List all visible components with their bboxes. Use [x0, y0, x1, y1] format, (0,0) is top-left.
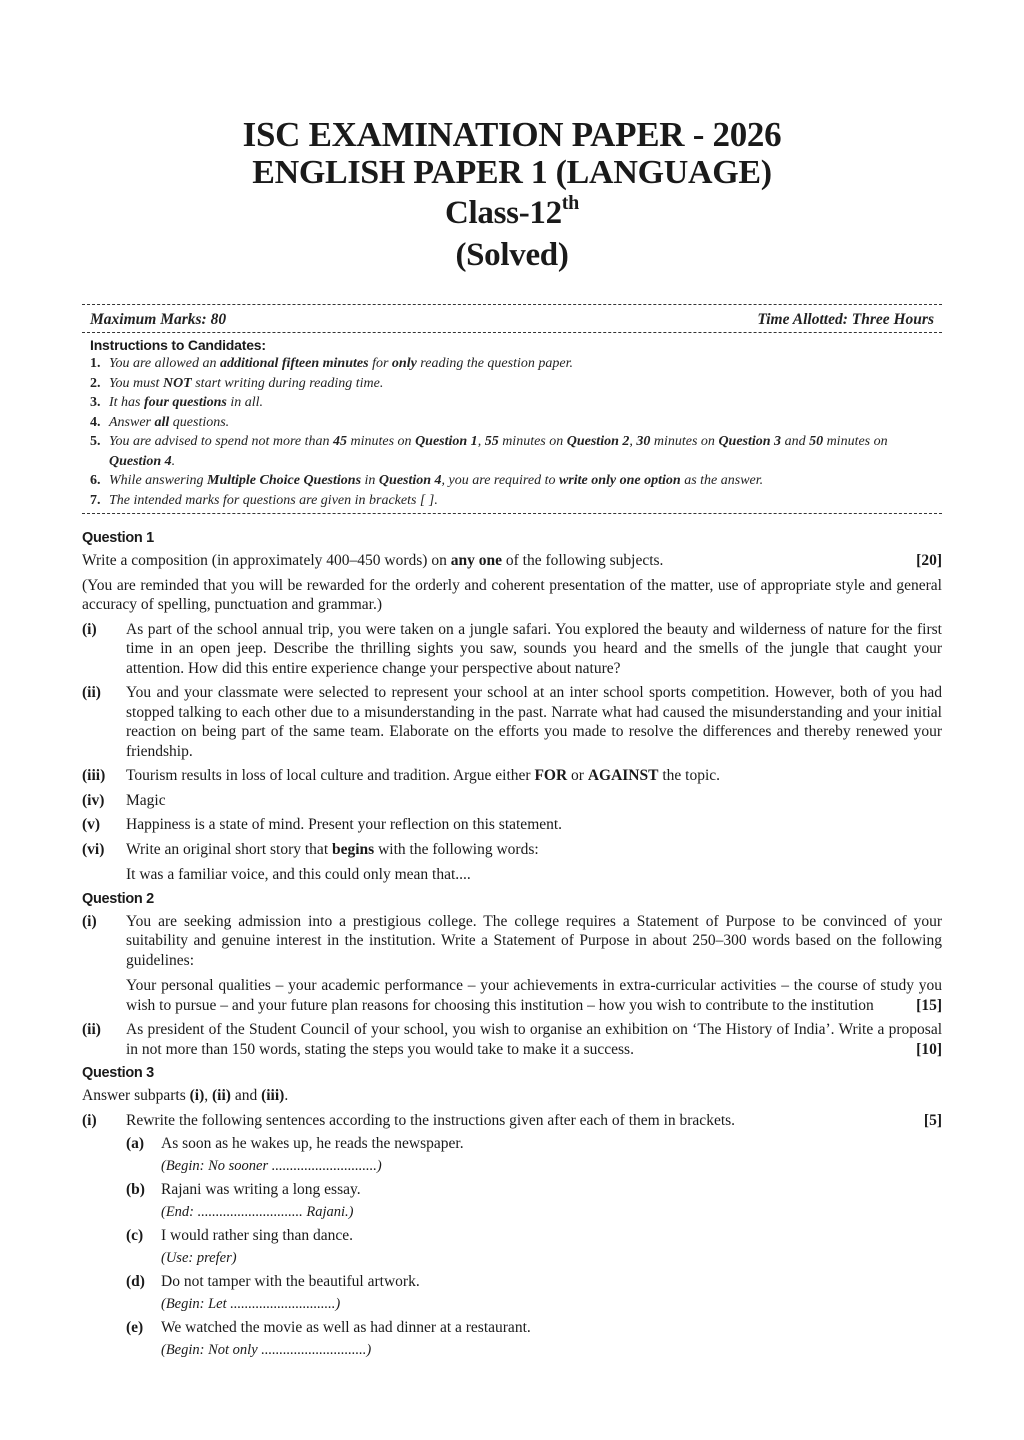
option-text: As part of the school annual trip, you w… [126, 620, 942, 679]
instruction-item: 6.While answering Multiple Choice Questi… [90, 471, 942, 491]
rewrite-item: (b) Rajani was writing a long essay.(End… [126, 1180, 942, 1222]
question-1-option: (ii)You and your classmate were selected… [82, 683, 942, 761]
instruction-item: 4.Answer all questions. [90, 413, 942, 433]
rewrite-item: (c) I would rather sing than dance.(Use:… [126, 1226, 942, 1268]
instruction-item: 7.The intended marks for questions are g… [90, 491, 942, 511]
option-text: Magic [126, 791, 942, 811]
subitem-content: Rajani was writing a long essay.(End: ..… [161, 1180, 942, 1222]
sentence: As soon as he wakes up, he reads the new… [161, 1134, 942, 1154]
subitem-content: We watched the movie as well as had dinn… [161, 1318, 942, 1360]
marks-time-row: Maximum Marks: 80 Time Allotted: Three H… [82, 305, 942, 332]
part-text: You are seeking admission into a prestig… [126, 912, 942, 971]
instruction-item: 2.You must NOT start writing during read… [90, 374, 942, 394]
question-2-part: (ii) As president of the Student Council… [82, 1020, 942, 1059]
dashed-divider [82, 332, 942, 333]
instructions-list: 1.You are allowed an additional fifteen … [90, 354, 942, 510]
dashed-divider [82, 513, 942, 514]
instruction-hint: (End: ............................. Raja… [161, 1203, 942, 1223]
question-3-part: (i) Rewrite the following sentences acco… [82, 1111, 942, 1131]
instructions-heading: Instructions to Candidates: [90, 337, 942, 353]
option-label: (ii) [82, 683, 126, 761]
class-title: Class-12th [82, 192, 942, 234]
instruction-item: 5.You are advised to spend not more than… [90, 432, 942, 471]
instruction-number: 5. [90, 432, 109, 471]
exam-paper-page: ISC EXAMINATION PAPER - 2026 ENGLISH PAP… [82, 0, 942, 1360]
subitem-content: As soon as he wakes up, he reads the new… [161, 1134, 942, 1176]
option-label: (iii) [82, 766, 126, 786]
part-text: As president of the Student Council of y… [126, 1021, 942, 1058]
question-1-marks: [20] [916, 551, 942, 571]
question-1-option: (iv)Magic [82, 791, 942, 811]
part-text: Rewrite the following sentences accordin… [126, 1111, 735, 1131]
option-text: Tourism results in loss of local culture… [126, 766, 942, 786]
option-label: (vi) [82, 840, 126, 885]
option-content: Write an original short story that begin… [126, 840, 942, 885]
instruction-text: While answering Multiple Choice Question… [109, 471, 942, 491]
class-title-main: Class-12 [445, 195, 562, 231]
subitem-label: (e) [126, 1318, 161, 1360]
subitem-label: (b) [126, 1180, 161, 1222]
instruction-number: 6. [90, 471, 109, 491]
question-1-intro-text: Write a composition (in approximately 40… [82, 551, 904, 571]
maximum-marks: Maximum Marks: 80 [90, 311, 226, 329]
sentence: We watched the movie as well as had dinn… [161, 1318, 942, 1338]
question-1-heading: Question 1 [82, 530, 942, 546]
option-text: Write an original short story that begin… [126, 840, 942, 860]
option-label: (iv) [82, 791, 126, 811]
question-1-option: (i)As part of the school annual trip, yo… [82, 620, 942, 679]
class-title-sup: th [562, 192, 579, 214]
question-1-option: (v)Happiness is a state of mind. Present… [82, 815, 942, 835]
rewrite-item: (a) As soon as he wakes up, he reads the… [126, 1134, 942, 1176]
instruction-number: 7. [90, 491, 109, 511]
sentence: Rajani was writing a long essay. [161, 1180, 942, 1200]
part-content: As president of the Student Council of y… [126, 1020, 942, 1059]
part-marks: [15] [916, 996, 942, 1016]
question-1-option: (vi) Write an original short story that … [82, 840, 942, 885]
instruction-hint: (Begin: Not only .......................… [161, 1341, 942, 1361]
solved-label: (Solved) [82, 234, 942, 276]
instruction-text: It has four questions in all. [109, 393, 942, 413]
part-content: Rewrite the following sentences accordin… [126, 1111, 942, 1131]
question-1-option: (iii)Tourism results in loss of local cu… [82, 766, 942, 786]
question-2-part: (i) You are seeking admission into a pre… [82, 912, 942, 1016]
title-block: ISC EXAMINATION PAPER - 2026 ENGLISH PAP… [82, 116, 942, 276]
part-label: (ii) [82, 1020, 126, 1059]
part-marks: [10] [916, 1040, 942, 1060]
exam-title: ISC EXAMINATION PAPER - 2026 [82, 116, 942, 154]
instruction-hint: (Use: prefer) [161, 1249, 942, 1269]
guidelines-text: Your personal qualities – your academic … [126, 977, 942, 1014]
instruction-text: Answer all questions. [109, 413, 942, 433]
question-3-heading: Question 3 [82, 1065, 942, 1081]
option-label: (i) [82, 620, 126, 679]
instruction-text: You must NOT start writing during readin… [109, 374, 942, 394]
part-label: (i) [82, 912, 126, 1016]
instruction-hint: (Begin: No sooner ......................… [161, 1157, 942, 1177]
instruction-number: 1. [90, 354, 109, 374]
question-2-heading: Question 2 [82, 891, 942, 907]
instruction-number: 3. [90, 393, 109, 413]
instruction-item: 1.You are allowed an additional fifteen … [90, 354, 942, 374]
instruction-item: 3.It has four questions in all. [90, 393, 942, 413]
option-text: You and your classmate were selected to … [126, 683, 942, 761]
instruction-text: You are allowed an additional fifteen mi… [109, 354, 942, 374]
part-label: (i) [82, 1111, 126, 1131]
paper-title: ENGLISH PAPER 1 (LANGUAGE) [82, 154, 942, 192]
rewrite-item: (d) Do not tamper with the beautiful art… [126, 1272, 942, 1314]
option-label: (v) [82, 815, 126, 835]
sentence: I would rather sing than dance. [161, 1226, 942, 1246]
question-1-intro: Write a composition (in approximately 40… [82, 551, 942, 571]
subitem-label: (c) [126, 1226, 161, 1268]
sentence: Do not tamper with the beautiful artwork… [161, 1272, 942, 1292]
rewrite-item: (e) We watched the movie as well as had … [126, 1318, 942, 1360]
instruction-number: 2. [90, 374, 109, 394]
subitem-content: I would rather sing than dance.(Use: pre… [161, 1226, 942, 1268]
part-content: You are seeking admission into a prestig… [126, 912, 942, 1016]
subitem-label: (a) [126, 1134, 161, 1176]
option-text: Happiness is a state of mind. Present yo… [126, 815, 942, 835]
sop-guidelines: Your personal qualities – your academic … [126, 976, 942, 1015]
instruction-text: The intended marks for questions are giv… [109, 491, 942, 511]
time-allotted: Time Allotted: Three Hours [757, 311, 934, 329]
part-marks: [5] [924, 1111, 942, 1131]
story-opening-line: It was a familiar voice, and this could … [126, 865, 942, 885]
question-1-note: (You are reminded that you will be rewar… [82, 576, 942, 615]
instruction-hint: (Begin: Let ............................… [161, 1295, 942, 1315]
instruction-number: 4. [90, 413, 109, 433]
subitem-label: (d) [126, 1272, 161, 1314]
subitem-content: Do not tamper with the beautiful artwork… [161, 1272, 942, 1314]
instruction-text: You are advised to spend not more than 4… [109, 432, 942, 471]
question-3-intro: Answer subparts (i), (ii) and (iii). [82, 1086, 942, 1106]
